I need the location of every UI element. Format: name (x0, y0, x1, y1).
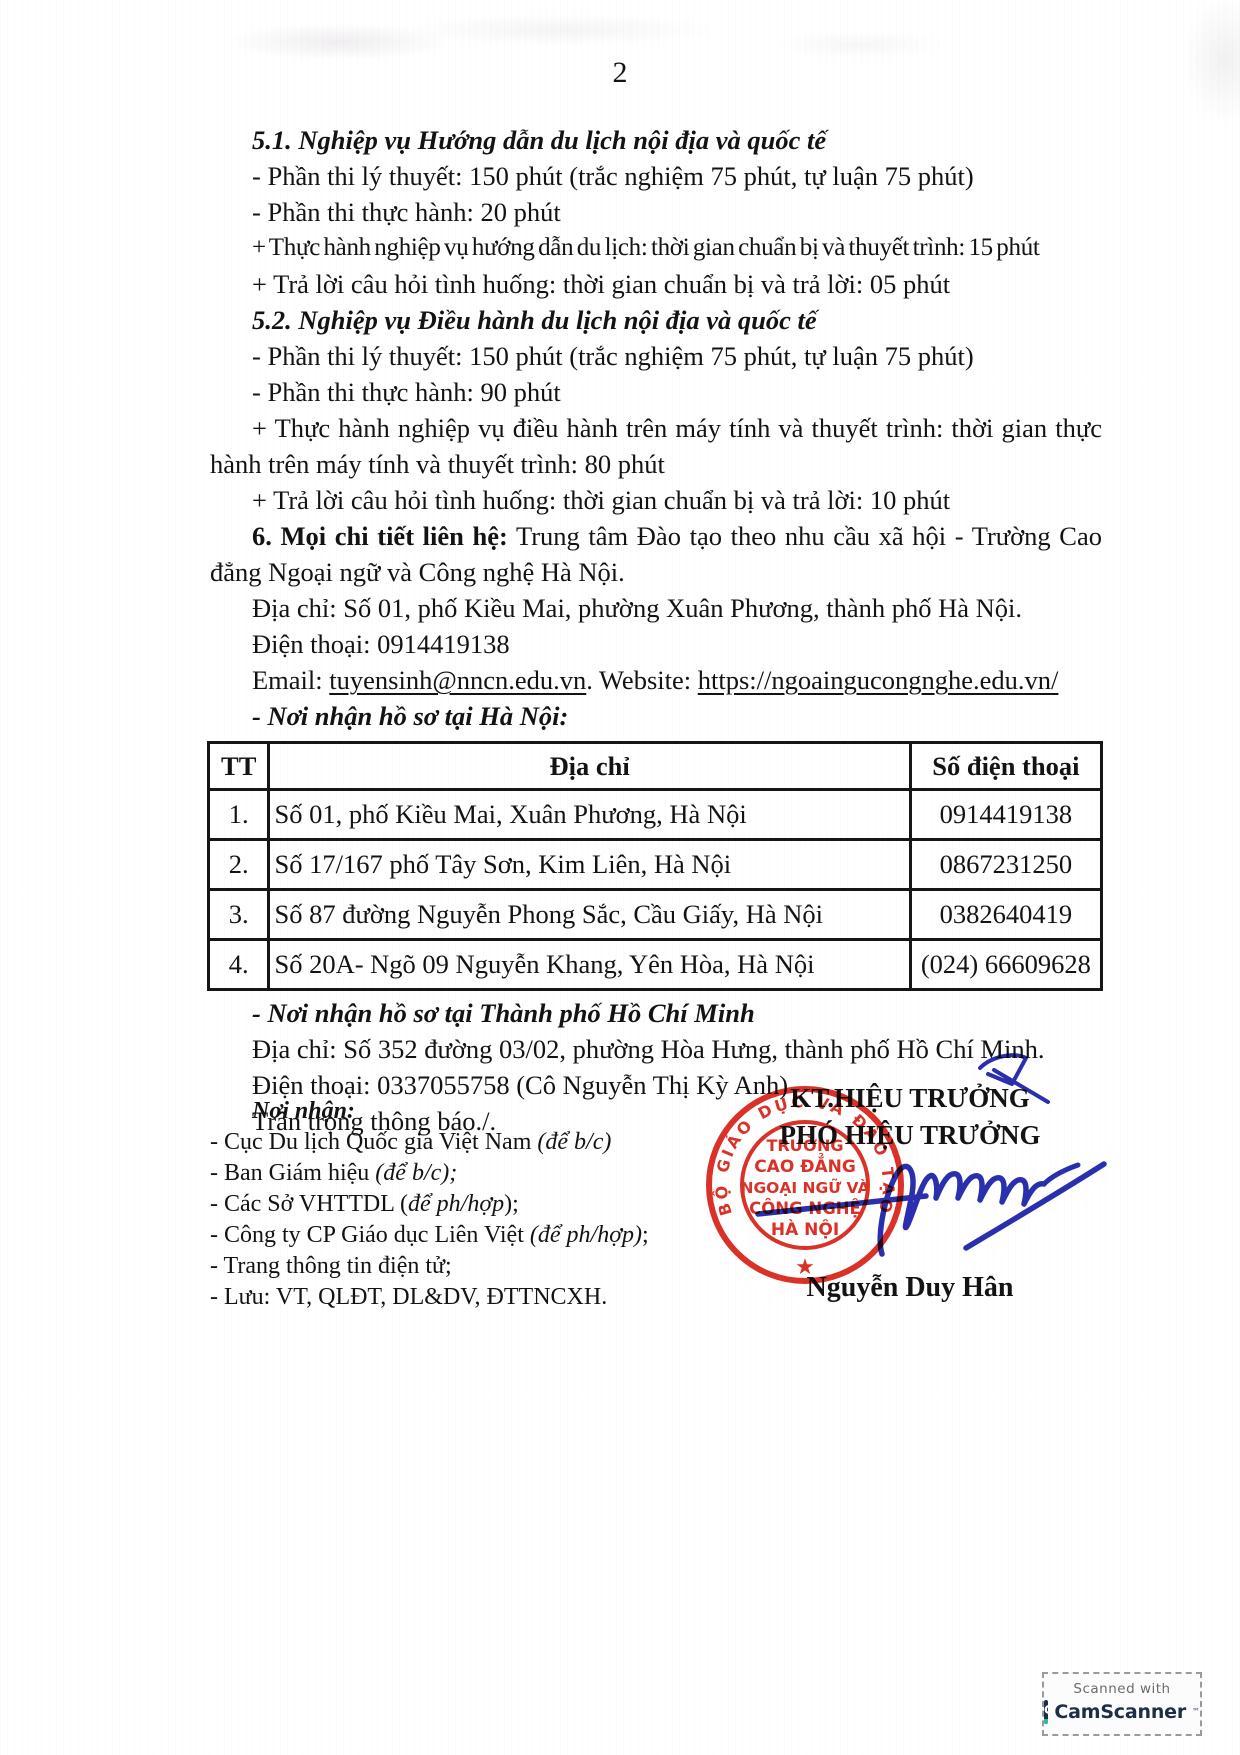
body-line: + Thực hành nghiệp vụ hướng dẫn du lịch:… (210, 230, 1102, 266)
row-address: Số 01, phố Kiều Mai, Xuân Phương, Hà Nội (269, 790, 910, 840)
table-row: 1. Số 01, phố Kiều Mai, Xuân Phương, Hà … (209, 790, 1102, 840)
camscanner-icon: CS (1044, 1700, 1048, 1724)
signature-stroke (758, 1196, 926, 1214)
hanoi-heading: - Nơi nhận hồ sơ tại Hà Nội: (210, 698, 1102, 734)
table-header-row: TT Địa chỉ Số điện thoại (209, 743, 1102, 790)
signature-stroke (966, 1164, 1104, 1248)
camscanner-badge: Scanned with CS CamScanner™ (1042, 1672, 1202, 1736)
document-body: 5.1. Nghiệp vụ Hướng dẫn du lịch nội địa… (210, 122, 1102, 1139)
section-5-2-heading: 5.2. Nghiệp vụ Điều hành du lịch nội địa… (210, 302, 1102, 338)
website-label: . Website: (586, 665, 697, 695)
recipient-item: - Cục Du lịch Quốc gia Việt Nam (để b/c) (210, 1127, 770, 1158)
recipient-item: - Công ty CP Giáo dục Liên Việt (để ph/h… (210, 1220, 770, 1251)
row-phone: (024) 66609628 (910, 940, 1101, 990)
body-line: - Phần thi lý thuyết: 150 phút (trắc ngh… (210, 338, 1102, 374)
row-phone: 0867231250 (910, 840, 1101, 890)
body-line: + Trả lời câu hỏi tình huống: thời gian … (210, 482, 1102, 518)
row-address: Số 20A- Ngõ 09 Nguyễn Khang, Yên Hòa, Hà… (269, 940, 910, 990)
row-address: Số 87 đường Nguyễn Phong Sắc, Cầu Giấy, … (269, 890, 910, 940)
section-6-paragraph: 6. Mọi chi tiết liên hệ: Trung tâm Đào t… (210, 518, 1102, 590)
recipients-title: Nơi nhận: (210, 1096, 770, 1127)
website-link: https://ngoaingucongnghe.edu.vn/ (698, 665, 1059, 695)
body-line: - Phần thi thực hành: 90 phút (210, 374, 1102, 410)
document-page: 2 5.1. Nghiệp vụ Hướng dẫn du lịch nội đ… (0, 0, 1240, 1755)
table-header-tt: TT (209, 743, 269, 790)
table-row: 3. Số 87 đường Nguyễn Phong Sắc, Cầu Giấ… (209, 890, 1102, 940)
body-line: - Phần thi thực hành: 20 phút (210, 194, 1102, 230)
recipients-block: Nơi nhận: - Cục Du lịch Quốc gia Việt Na… (210, 1096, 770, 1313)
scanned-with-label: Scanned with (1044, 1681, 1200, 1697)
table-row: 4. Số 20A- Ngõ 09 Nguyễn Khang, Yên Hòa,… (209, 940, 1102, 990)
locations-table: TT Địa chỉ Số điện thoại 1. Số 01, phố K… (207, 741, 1103, 991)
section-6-label: 6. Mọi chi tiết liên hệ: (252, 521, 508, 551)
signature-stroke (880, 1166, 1044, 1254)
row-address: Số 17/167 phố Tây Sơn, Kim Liên, Hà Nội (269, 840, 910, 890)
row-number: 1. (209, 790, 269, 840)
recipient-item: - Lưu: VT, QLĐT, DL&DV, ĐTTNCXH. (210, 1282, 770, 1313)
page-number: 2 (0, 56, 1240, 90)
recipient-item: - Ban Giám hiệu (để b/c); (210, 1158, 770, 1189)
row-number: 2. (209, 840, 269, 890)
body-line: + Thực hành nghiệp vụ điều hành trên máy… (210, 410, 1102, 482)
pen-mark (980, 1055, 1048, 1102)
row-phone: 0382640419 (910, 890, 1101, 940)
body-line: - Phần thi lý thuyết: 150 phút (trắc ngh… (210, 158, 1102, 194)
camscanner-brand: CamScanner (1054, 1701, 1186, 1723)
table-header-address: Địa chỉ (269, 743, 910, 790)
section-5-1-heading: 5.1. Nghiệp vụ Hướng dẫn du lịch nội địa… (210, 122, 1102, 158)
hcm-heading: - Nơi nhận hồ sơ tại Thành phố Hồ Chí Mi… (210, 995, 1102, 1031)
contact-phone: Điện thoại: 0914419138 (210, 626, 1102, 662)
row-number: 3. (209, 890, 269, 940)
recipient-item: - Các Sở VHTTDL (để ph/hợp); (210, 1189, 770, 1220)
email-link: tuyensinh@nncn.edu.vn (329, 665, 586, 695)
email-line: Email: tuyensinh@nncn.edu.vn. Website: h… (210, 662, 1102, 698)
recipient-item: - Trang thông tin điện tử; (210, 1251, 770, 1282)
signature-ink (730, 1040, 1130, 1300)
row-phone: 0914419138 (910, 790, 1101, 840)
tm-mark: ™ (1192, 1705, 1200, 1719)
contact-address: Địa chỉ: Số 01, phố Kiều Mai, phường Xuâ… (210, 590, 1102, 626)
email-label: Email: (252, 665, 329, 695)
body-line: + Trả lời câu hỏi tình huống: thời gian … (210, 266, 1102, 302)
table-row: 2. Số 17/167 phố Tây Sơn, Kim Liên, Hà N… (209, 840, 1102, 890)
row-number: 4. (209, 940, 269, 990)
table-header-phone: Số điện thoại (910, 743, 1101, 790)
